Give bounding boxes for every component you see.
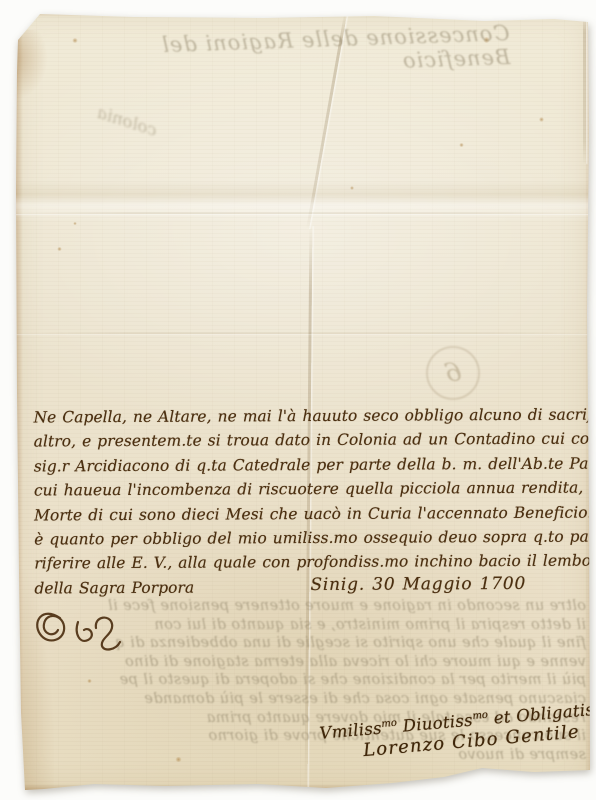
foxing-spot <box>72 38 78 43</box>
closing-phrase: della Sagra Porpora <box>34 578 194 597</box>
bleedthrough-header: Concessione delle Ragioni del Beneficio <box>109 21 510 83</box>
bleedthrough-line: ciascuno pensate ogni cosa che di essere… <box>38 690 586 709</box>
closing-row: della Sagra Porpora Sinig. 30 Maggio 170… <box>34 573 586 600</box>
paper-surface: Concessione delle Ragioni del Beneficio … <box>14 12 590 790</box>
fold-crease-upper <box>306 14 347 229</box>
bottom-left-stain <box>14 570 54 790</box>
horizontal-crease <box>14 212 590 214</box>
foxing-spot <box>57 247 62 251</box>
bleedthrough-word: colonia <box>94 103 159 141</box>
edge-browning-top <box>14 12 590 17</box>
paper-texture <box>14 12 590 790</box>
bleedthrough-numeral: 6 <box>442 357 464 389</box>
horizontal-crease-faint <box>14 332 590 334</box>
paraph-flourish <box>30 600 130 656</box>
bleedthrough-line: più il merito per la condizione che si a… <box>38 671 586 690</box>
foxing-spot <box>350 186 354 190</box>
letter-line: Morte di cui sono dieci Mesi che uacò in… <box>34 500 586 527</box>
bleedthrough-line: venne e qui muore chi lo riceva alla ete… <box>38 653 586 672</box>
manuscript-sheet: Concessione delle Ragioni del Beneficio … <box>14 12 590 790</box>
fold-crease-right <box>583 14 586 164</box>
edge-browning-right <box>585 12 590 790</box>
dateline: Sinig. 30 Maggio 1700 <box>310 572 526 598</box>
foxing-spot <box>539 117 544 122</box>
bleedthrough-circle-mark: 6 <box>426 346 480 400</box>
foxing-spot <box>87 679 92 683</box>
sig-sup: mo <box>472 710 488 722</box>
foxing-spot <box>459 143 464 147</box>
letter-line: è quanto per obbligo del mio umiliss.mo … <box>34 525 586 552</box>
foxing-spot <box>73 222 77 225</box>
signature-block: Vmilissmo Diuotissmo et Obligatissmo Ser… <box>319 700 594 765</box>
corner-stain <box>14 30 48 100</box>
bleedthrough-line: fine il quale che uno spirito si sceglie… <box>38 634 586 653</box>
letter-body: Ne Capella, ne Altare, ne mai l'à hauuto… <box>33 403 586 601</box>
edge-browning-left <box>14 12 23 790</box>
foxing-spot <box>483 37 490 43</box>
letter-line: sig.r Arcidiacono di q.ta Catedrale per … <box>34 451 586 478</box>
wrinkle-band <box>14 180 590 222</box>
edge-browning-bottom <box>14 784 590 790</box>
bleedthrough-line: il detto respira il primo ministro, e si… <box>38 616 586 635</box>
foxing-spot <box>175 757 182 762</box>
sig-sup: mo <box>381 718 397 730</box>
photo-backdrop: Concessione delle Ragioni del Beneficio … <box>0 0 596 800</box>
letter-line: Ne Capella, ne Altare, ne mai l'à hauuto… <box>33 403 585 430</box>
letter-line: cui haueua l'incombenza di riscuotere qu… <box>34 476 586 503</box>
letter-line: altro, e presentem.te si troua dato in C… <box>34 427 586 454</box>
